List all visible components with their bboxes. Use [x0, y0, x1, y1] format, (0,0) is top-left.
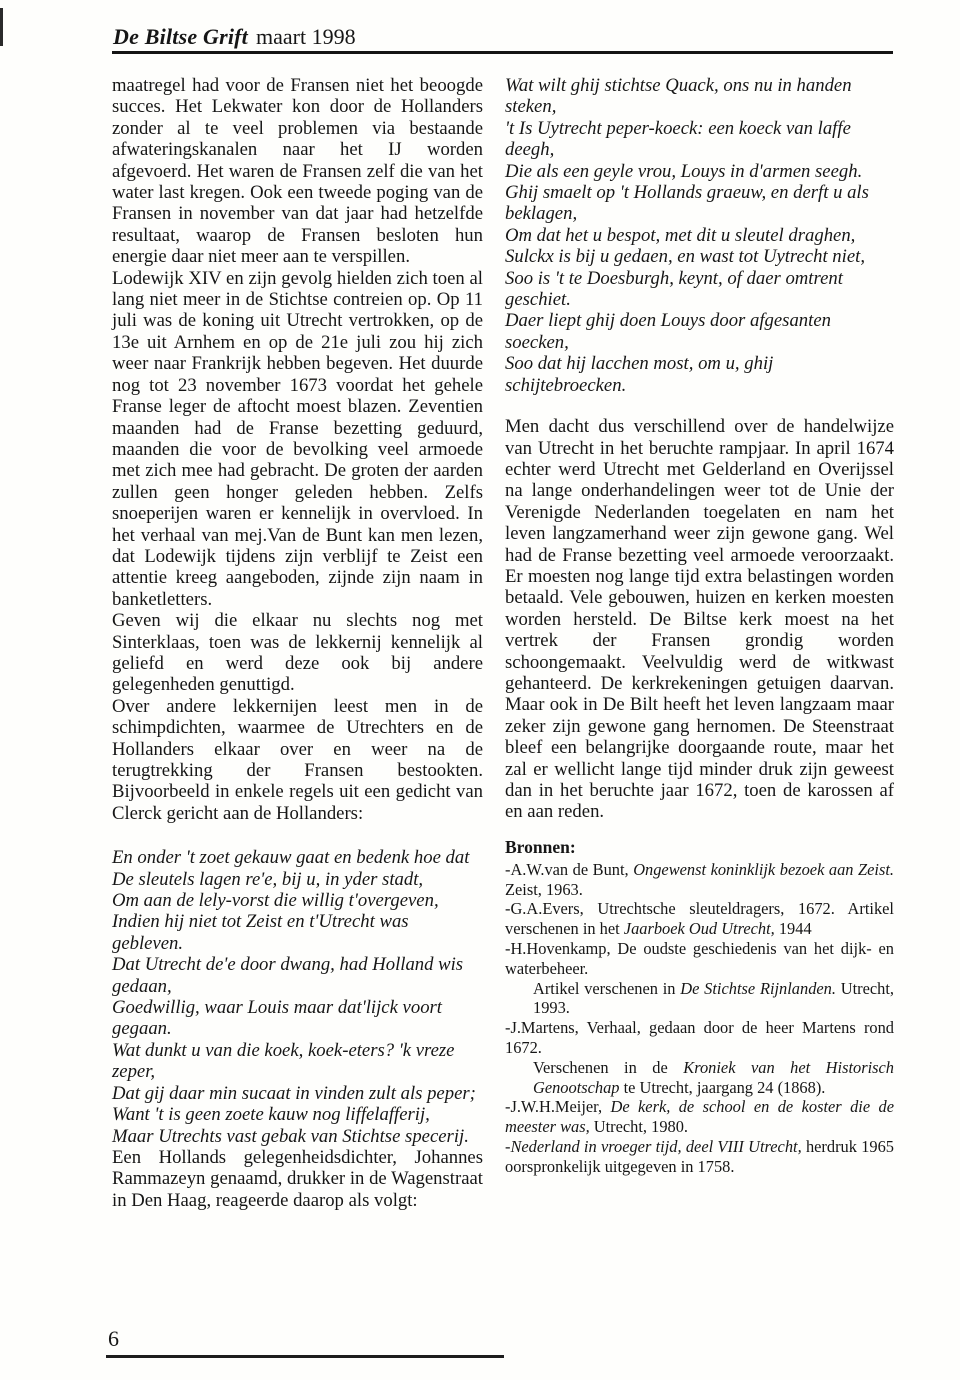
source-entry: -G.A.Evers, Utrechtsche sleuteldragers, … — [505, 899, 894, 939]
poem-line: Indien hij niet tot Zeist en t'Utrecht w… — [112, 911, 483, 954]
issue-date: maart 1998 — [256, 24, 356, 49]
sources-heading: Bronnen: — [505, 837, 894, 858]
source-entry: -A.W.van de Bunt, Ongewenst koninklijk b… — [505, 860, 894, 900]
paragraph: Geven wij die elkaar nu slechts nog met … — [112, 610, 483, 696]
journal-title: De Biltse Grift — [113, 24, 248, 49]
paragraph: Een Hollands gelegenheidsdichter, Johann… — [112, 1147, 483, 1211]
text-run: -J.W.H.Meijer, — [505, 1097, 610, 1116]
text-run: Verschenen in de — [533, 1058, 683, 1077]
poem: En onder 't zoet gekauw gaat en bedenk h… — [112, 847, 483, 1147]
poem-line: Sulckx is bij u gedaen, en wast tot Uytr… — [505, 246, 894, 267]
text-run: Lodewijk XIV en zijn gevolg hielden zich… — [112, 268, 483, 610]
source-entry: -H.Hovenkamp, De oudste geschiedenis van… — [505, 939, 894, 979]
poem-line: Wat dunkt u van die koek, koek-eters? 'k… — [112, 1040, 483, 1083]
italic-text-run: -Nederland in vroeger tijd, deel VIII Ut… — [505, 1137, 802, 1156]
poem-line: Soo dat hij lacchen most, om u, ghij sch… — [505, 353, 894, 396]
poem-line: Want 't is geen zoete kauw nog liffelaff… — [112, 1104, 483, 1125]
poem-line: Wat wilt ghij stichtse Quack, ons nu in … — [505, 75, 894, 118]
poem: Wat wilt ghij stichtse Quack, ons nu in … — [505, 75, 894, 396]
source-entry: -J.Martens, Verhaal, gedaan door de heer… — [505, 1018, 894, 1058]
poem-line: Om aan de lely-vorst die willig t'overge… — [112, 890, 483, 911]
source-entry: Artikel verschenen in De Stichtse Rijnla… — [505, 979, 894, 1019]
page-number: 6 — [108, 1326, 119, 1352]
paragraph: maatregel had voor de Fransen niet het b… — [112, 75, 483, 268]
text-run: 1944 — [775, 919, 812, 938]
poem-line: Om dat het u bespot, met dit u sleutel d… — [505, 225, 894, 246]
poem-line: En onder 't zoet gekauw gaat en bedenk h… — [112, 847, 483, 868]
right-column: Wat wilt ghij stichtse Quack, ons nu in … — [505, 75, 894, 1177]
page-header: De Biltse Griftmaart 1998 — [113, 24, 356, 50]
spacer — [505, 396, 894, 416]
source-entry: -Nederland in vroeger tijd, deel VIII Ut… — [505, 1137, 894, 1177]
poem-line: Goedwillig, waar Louis maar dat'lijck vo… — [112, 997, 483, 1040]
text-run: te Utrecht, jaargang 24 (1868). — [620, 1078, 826, 1097]
scan-artifact — [0, 8, 3, 46]
italic-text-run: Ongewenst koninklijk bezoek aan Zeist. — [633, 860, 894, 879]
text-run: Utrecht, 1980. — [590, 1117, 688, 1136]
footer-rule — [106, 1355, 504, 1358]
left-column: maatregel had voor de Fransen niet het b… — [112, 75, 483, 1211]
text-run: Over andere lekkernijen leest men in de … — [112, 696, 483, 824]
poem-line: Die als een geyle vrou, Louys in d'armen… — [505, 161, 894, 182]
text-run: -J.Martens, Verhaal, gedaan door de heer… — [505, 1018, 894, 1057]
poem-line: Daer liept ghij doen Louys door afgesant… — [505, 310, 894, 353]
poem-line: Soo is 't te Doesburgh, keynt, of daer o… — [505, 268, 894, 311]
poem-line: Dat gij daar min sucaat in vinden zult a… — [112, 1083, 483, 1104]
text-run: -H.Hovenkamp, De oudste geschiedenis van… — [505, 939, 894, 978]
paragraph: Over andere lekkernijen leest men in de … — [112, 696, 483, 824]
italic-text-run: Jaarboek Oud Utrecht, — [624, 919, 775, 938]
text-run: Geven wij die elkaar nu slechts nog met … — [112, 610, 483, 695]
text-run: maatregel had voor de Fransen niet het b… — [112, 75, 483, 267]
spacer — [112, 824, 483, 847]
poem-line: Dat Utrecht de'e door dwang, had Holland… — [112, 954, 483, 997]
magazine-page: De Biltse Griftmaart 1998 maatregel had … — [0, 0, 960, 1380]
poem-line: Maar Utrechts vast gebak van Stichtse sp… — [112, 1126, 483, 1147]
paragraph: Men dacht dus verschillend over de hande… — [505, 416, 894, 823]
header-rule — [112, 51, 893, 54]
text-run: Zeist, 1963. — [505, 880, 583, 899]
text-run: -A.W.van de Bunt, — [505, 860, 633, 879]
poem-line: 't Is Uytrecht peper-koeck: een koeck va… — [505, 118, 894, 161]
italic-text-run: De Stichtse Rijnlanden. — [680, 979, 836, 998]
text-run: Een Hollands gelegenheidsdichter, Johann… — [112, 1147, 483, 1211]
text-run: Artikel verschenen in — [533, 979, 680, 998]
paragraph: Lodewijk XIV en zijn gevolg hielden zich… — [112, 268, 483, 611]
source-entry: -J.W.H.Meijer, De kerk, de school en de … — [505, 1097, 894, 1137]
poem-line: De sleutels lagen re'e, bij u, in yder s… — [112, 869, 483, 890]
page-footer: 6 — [106, 1326, 506, 1352]
text-run: Men dacht dus verschillend over de hande… — [505, 416, 894, 822]
spacer — [505, 823, 894, 837]
source-entry: Verschenen in de Kroniek van het Histori… — [505, 1058, 894, 1098]
poem-line: Ghij smaelt op 't Hollands graeuw, en de… — [505, 182, 894, 225]
